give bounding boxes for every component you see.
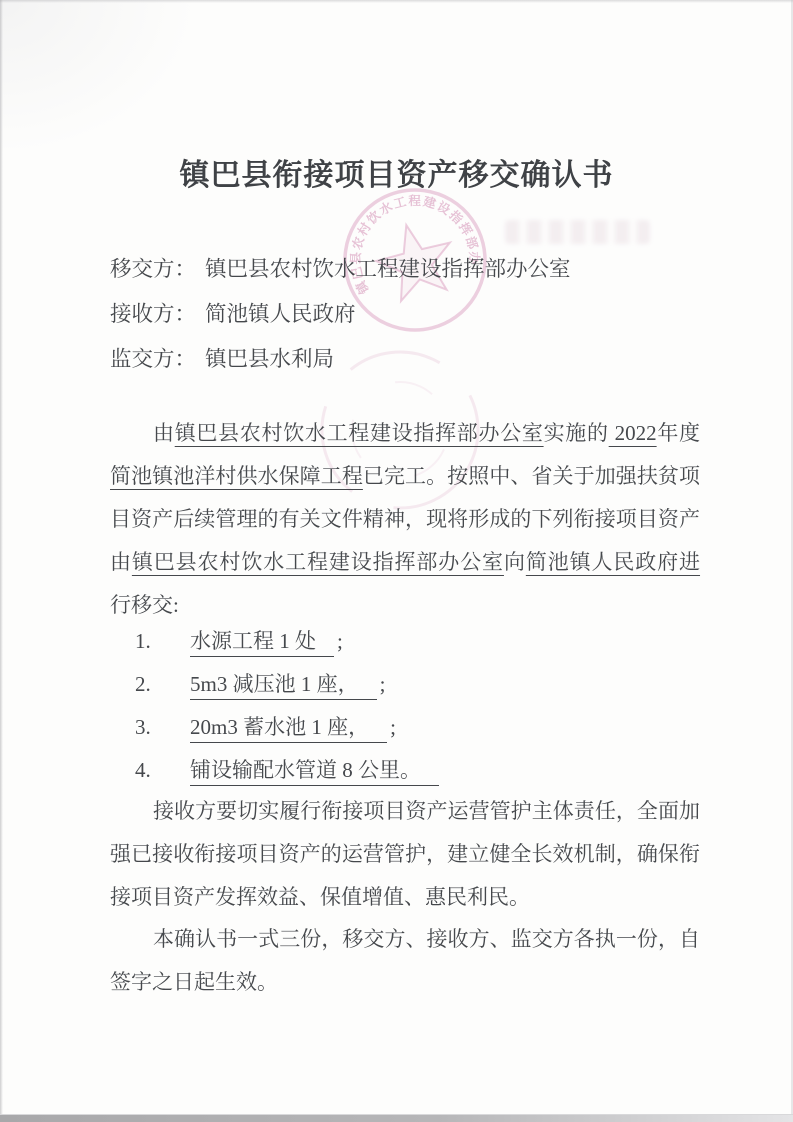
list-item: 2.5m3 减压池 1 座，; [110,663,700,706]
text-line: 接收方要切实履行衔接项目资产运营管护主体责任，全面加 [110,790,700,833]
party-label: 接收方： [110,302,196,326]
paragraph-copies-effective: 本确认书一式三份，移交方、接收方、监交方各执一份，自 签字之日起生效。 [110,918,700,1004]
party-row-transferor: 移交方：镇巴县农村饮水工程建设指挥部办公室 [110,247,571,292]
party-label: 监交方： [110,347,196,371]
party-value: 镇巴县农村饮水工程建设指挥部办公室 [205,257,571,281]
paragraph-management-duty: 接收方要切实履行衔接项目资产运营管护主体责任，全面加 强已接收衔接项目资产的运营… [110,790,700,919]
text-line: 本确认书一式三份，移交方、接收方、监交方各执一份，自 [110,918,700,961]
text-segment: 由 [110,550,132,574]
asset-list: 1.水源工程 1 处; 2.5m3 减压池 1 座，; 3.20m3 蓄水池 1… [110,620,700,792]
list-item: 4.铺设输配水管道 8 公里。 [110,749,700,792]
underlined-segment: 镇巴县农村饮水工程建设指挥部办公室 [175,421,544,445]
text-segment: 已完工。按照中、省关于加强扶贫项 [363,464,700,488]
list-item-punctuation: ; [390,715,396,739]
text-line: 由镇巴县农村饮水工程建设指挥部办公室向简池镇人民政府进 [110,541,700,584]
list-item-number: 2. [135,663,190,706]
list-item-punctuation: ; [380,672,386,696]
ink-bleed-smudge [505,220,650,244]
scan-edge-left [0,0,3,1122]
paragraph-project-completion: 由镇巴县农村饮水工程建设指挥部办公室实施的 2022年度 简池镇池洋村供水保障工… [110,412,700,627]
scan-edge-top [0,0,793,3]
list-item-text: 20m3 蓄水池 1 座， [190,715,387,743]
text-segment: 由 [153,421,175,445]
list-item-number: 3. [135,706,190,749]
list-item-number: 1. [135,620,190,663]
underlined-segment: 简池镇池洋村供水保障工程 [110,464,363,488]
text-segment: 年度 [657,421,700,445]
party-label: 移交方： [110,257,196,281]
list-item-number: 4. [135,749,190,792]
party-value: 镇巴县水利局 [205,347,334,371]
list-item-text: 水源工程 1 处 [190,629,334,657]
underlined-segment: 简池镇人民政府进 [526,550,700,574]
list-item: 1.水源工程 1 处; [110,620,700,663]
text-line: 由镇巴县农村饮水工程建设指挥部办公室实施的 2022年度 [110,412,700,455]
party-row-receiver: 接收方：简池镇人民政府 [110,292,571,337]
list-item: 3.20m3 蓄水池 1 座，; [110,706,700,749]
text-segment: 行移交: [110,593,179,617]
text-line: 签字之日起生效。 [110,961,700,1004]
underlined-segment: 2022 [609,421,657,445]
text-segment: 目资产后续管理的有关文件精神，现将形成的下列衔接项目资产 [110,507,700,531]
party-value: 简池镇人民政府 [205,302,356,326]
text-line: 简池镇池洋村供水保障工程已完工。按照中、省关于加强扶贫项 [110,455,700,498]
text-line: 接项目资产发挥效益、保值增值、惠民利民。 [110,876,700,919]
list-item-text: 铺设输配水管道 8 公里。 [190,758,439,786]
text-segment: 实施的 [544,421,609,445]
scan-edge-bottom [0,1115,793,1122]
document-title: 镇巴县衔接项目资产移交确认书 [0,150,793,194]
text-segment: 向 [504,550,526,574]
parties-block: 移交方：镇巴县农村饮水工程建设指挥部办公室 接收方：简池镇人民政府 监交方：镇巴… [110,247,571,382]
list-item-text: 5m3 减压池 1 座， [190,672,377,700]
party-row-supervisor: 监交方：镇巴县水利局 [110,337,571,382]
text-line: 强已接收衔接项目资产的运营管护，建立健全长效机制，确保衔 [110,833,700,876]
document-page: 镇巴县农村饮水工程建设指挥部办公室 镇巴县衔接项目资产移交确认书 移交方：镇巴县… [0,0,793,1122]
list-item-punctuation: ; [337,629,343,653]
text-line: 目资产后续管理的有关文件精神，现将形成的下列衔接项目资产 [110,498,700,541]
underlined-segment: 镇巴县农村饮水工程建设指挥部办公室 [132,550,504,574]
